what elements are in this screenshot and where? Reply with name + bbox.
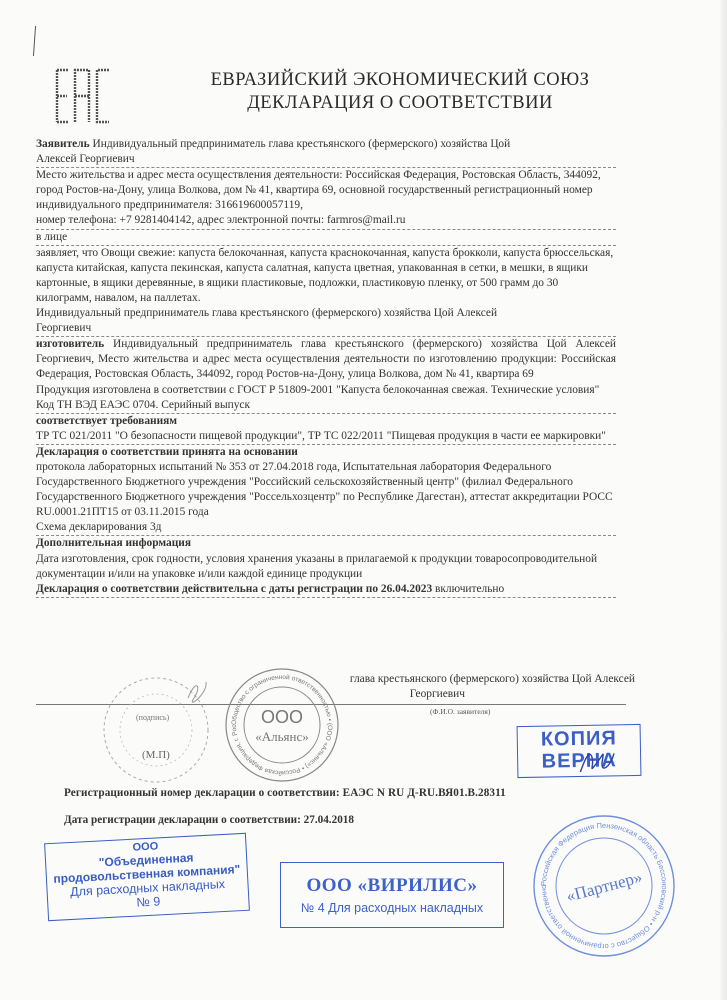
in-person-label: в лице (36, 230, 616, 246)
manufacturer-code: Код ТН ВЭД ЕАЭС 0704. Серийный выпуск (36, 398, 616, 414)
registration-number: Регистрационный номер декларации о соотв… (64, 787, 506, 799)
product-holder-line2: Георгиевич (36, 321, 616, 337)
partner-seal-icon: Российская Федерация Пензенская область … (530, 812, 678, 960)
manufacturer-standard: Продукция изготовлена в соответствии с Г… (36, 383, 616, 398)
additional-info-label: Дополнительная информация (36, 536, 616, 551)
svg-text:(М.П): (М.П) (142, 749, 170, 761)
validity-period: Декларация о соответствии действительна … (36, 582, 616, 598)
registration-date: Дата регистрации декларации о соответств… (64, 814, 354, 826)
faded-seal-mp-icon: (подпись) (М.П) (98, 668, 218, 786)
compliance-label: соответствует требованиям (36, 414, 616, 429)
basis-label: Декларация о соответствии принята на осн… (36, 445, 616, 460)
svg-text:ООО: ООО (261, 707, 303, 727)
document-title: ЕВРАЗИЙСКИЙ ЭКОНОМИЧЕСКИЙ СОЮЗ ДЕКЛАРАЦИ… (150, 70, 650, 114)
compliance-requirements: ТР ТС 021/2011 "О безопасности пищевой п… (36, 429, 616, 445)
declaration-scheme: Схема декларирования 3д (36, 520, 616, 536)
signer-caption: (Ф.И.О. заявителя) (430, 707, 490, 716)
signature-icon (576, 745, 617, 776)
virilis-stamp: ООО «ВИРИЛИС» № 4 Для расходных накладны… (280, 862, 504, 928)
page-edge-shadow (719, 0, 727, 1000)
applicant-address: Место жительства и адрес места осуществл… (36, 168, 616, 213)
eac-logo-icon (55, 68, 111, 124)
declaration-body: Заявитель Индивидуальный предприниматель… (36, 137, 616, 598)
title-union: ЕВРАЗИЙСКИЙ ЭКОНОМИЧЕСКИЙ СОЮЗ (150, 70, 650, 91)
product-description: заявляет, что Овощи свежие: капуста бело… (36, 246, 616, 306)
applicant-name-line1: Заявитель Индивидуальный предприниматель… (36, 137, 616, 152)
alliance-seal-icon: Общество с ограниченной ответственностью… (222, 665, 342, 785)
basis-text: протокола лабораторных испытаний № 353 о… (36, 460, 616, 520)
applicant-name-line2: Алексей Георгиевич (36, 152, 616, 168)
svg-text:«Партнер»: «Партнер» (564, 867, 644, 905)
title-declaration: ДЕКЛАРАЦИЯ О СООТВЕТСТВИИ (150, 93, 650, 114)
svg-text:(подпись): (подпись) (136, 713, 170, 722)
svg-text:«Альянс»: «Альянс» (255, 729, 309, 744)
unified-food-company-stamp: ООО "Объединенная продовольственная комп… (44, 833, 250, 921)
product-holder-line1: Индивидуальный предприниматель глава кре… (36, 306, 616, 321)
applicant-contacts: номер телефона: +7 9281404142, адрес эле… (36, 213, 616, 229)
additional-info-text: Дата изготовления, срок годности, услови… (36, 552, 616, 582)
copy-verified-stamp: КОПИЯ ВЕРНА (517, 724, 642, 778)
manufacturer-info: изготовитель Индивидуальный предпринимат… (36, 337, 616, 382)
